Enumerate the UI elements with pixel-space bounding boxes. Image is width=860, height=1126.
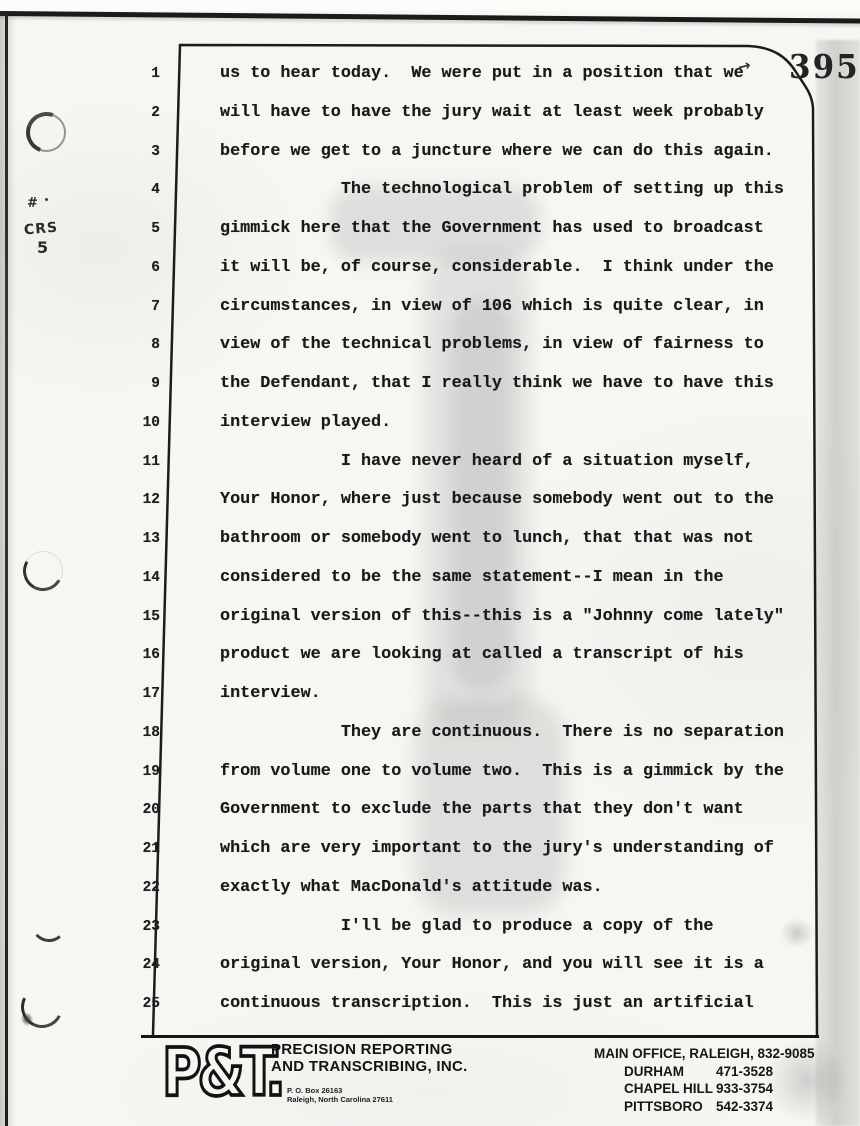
line-text: view of the technical problems, in view … <box>220 335 764 355</box>
branch-phone: 933-3754 <box>716 1080 773 1098</box>
line-number: 6 <box>128 258 160 278</box>
transcript-line: 15 original version of this--this is a "… <box>128 607 784 646</box>
transcript-line: 19 from volume one to volume two. This i… <box>128 762 784 801</box>
transcript-body: 1 us to hear today. We were put in a pos… <box>128 64 784 1033</box>
line-number: 13 <box>128 529 160 549</box>
branch-city: CHAPEL HILL <box>624 1080 716 1098</box>
line-number: 22 <box>128 878 160 898</box>
line-text: bathroom or somebody went to lunch, that… <box>220 529 754 549</box>
line-number: 4 <box>128 180 160 200</box>
company-name: PRECISION REPORTING AND TRANSCRIBING, IN… <box>271 1041 468 1075</box>
transcript-line: 18 They are continuous. There is no sepa… <box>128 723 784 762</box>
line-number: 20 <box>128 800 160 820</box>
transcript-line: 10 interview played. <box>128 413 784 452</box>
line-number: 18 <box>128 723 160 743</box>
po-box: P. O. Box 26163 <box>287 1086 393 1095</box>
line-text: the Defendant, that I really think we ha… <box>220 374 774 394</box>
line-number: 16 <box>128 645 160 665</box>
line-number: 10 <box>128 413 160 433</box>
company-name-line2: AND TRANSCRIBING, INC. <box>271 1058 468 1075</box>
transcript-line: 17 interview. <box>128 684 784 723</box>
line-number: 21 <box>128 839 160 859</box>
line-text: gimmick here that the Government has use… <box>220 219 764 239</box>
line-number: 15 <box>128 607 160 627</box>
transcript-line: 21 which are very important to the jury'… <box>128 839 784 878</box>
line-text: which are very important to the jury's u… <box>220 839 774 859</box>
margin-hash-mark: # <box>27 196 38 211</box>
transcript-line: 16 product we are looking at called a tr… <box>128 645 784 684</box>
line-text: I have never heard of a situation myself… <box>220 452 754 472</box>
line-number: 11 <box>128 452 160 472</box>
branch-office-list: DURHAM 471-3528 CHAPEL HILL 933-3754 PIT… <box>594 1063 815 1116</box>
line-text: original version of this--this is a "Joh… <box>220 607 784 627</box>
line-text: Your Honor, where just because somebody … <box>220 490 774 510</box>
transcript-line: 25 continuous transcription. This is jus… <box>128 994 784 1033</box>
transcript-line: 14 considered to be the same statement--… <box>128 568 784 607</box>
transcript-line: 22 exactly what MacDonald's attitude was… <box>128 878 784 917</box>
transcript-line: 13 bathroom or somebody went to lunch, t… <box>128 529 784 568</box>
line-text: will have to have the jury wait at least… <box>220 103 764 123</box>
transcript-line: 7 circumstances, in view of 106 which is… <box>128 297 784 336</box>
transcript-line: 5 gimmick here that the Government has u… <box>128 219 784 258</box>
margin-initials: CRS <box>23 220 58 239</box>
line-text: before we get to a juncture where we can… <box>220 142 774 162</box>
line-text: product we are looking at called a trans… <box>220 645 744 665</box>
line-number: 2 <box>128 103 160 123</box>
line-text: considered to be the same statement--I m… <box>220 568 724 588</box>
line-number: 9 <box>128 374 160 394</box>
line-number: 3 <box>128 142 160 162</box>
transcript-line: 20 Government to exclude the parts that … <box>128 800 784 839</box>
branch-office-row: CHAPEL HILL 933-3754 <box>624 1080 815 1098</box>
transcript-line: 6 it will be, of course, considerable. I… <box>128 258 784 297</box>
branch-city: PITTSBORO <box>624 1098 716 1116</box>
line-text: circumstances, in view of 106 which is q… <box>220 297 764 317</box>
line-number: 8 <box>128 335 160 355</box>
transcript-line: 12 Your Honor, where just because somebo… <box>128 490 784 529</box>
scanned-transcript-page: 3952 → # CRS 5 1 us to hear today. We we… <box>0 0 860 1126</box>
margin-number: 5 <box>37 238 48 257</box>
transcript-line: 3 before we get to a juncture where we c… <box>128 142 784 181</box>
transcript-line: 2 will have to have the jury wait at lea… <box>128 103 784 142</box>
transcript-line: 9 the Defendant, that I really think we … <box>128 374 784 413</box>
line-text: continuous transcription. This is just a… <box>220 994 754 1014</box>
city-state-zip: Raleigh, North Carolina 27611 <box>287 1095 393 1104</box>
line-text: exactly what MacDonald's attitude was. <box>220 878 603 898</box>
line-number: 12 <box>128 490 160 510</box>
line-number: 24 <box>128 955 160 975</box>
line-text: us to hear today. We were put in a posit… <box>220 64 744 84</box>
office-phone-list: MAIN OFFICE, RALEIGH, 832-9085 DURHAM 47… <box>594 1045 815 1115</box>
company-address: P. O. Box 26163 Raleigh, North Carolina … <box>287 1086 393 1104</box>
branch-office-row: DURHAM 471-3528 <box>624 1063 815 1081</box>
branch-phone: 471-3528 <box>716 1063 773 1081</box>
transcript-line: 24 original version, Your Honor, and you… <box>128 955 784 994</box>
pt-logo: P&T. <box>162 1040 282 1106</box>
line-text: The technological problem of setting up … <box>220 180 784 200</box>
line-text: original version, Your Honor, and you wi… <box>220 955 764 975</box>
line-number: 23 <box>128 917 160 937</box>
line-text: Government to exclude the parts that the… <box>220 800 744 820</box>
line-number: 5 <box>128 219 160 239</box>
line-text: interview. <box>220 684 321 704</box>
branch-office-row: PITTSBORO 542-3374 <box>624 1098 815 1116</box>
line-text: it will be, of course, considerable. I t… <box>220 258 774 278</box>
line-number: 19 <box>128 762 160 782</box>
line-number: 7 <box>128 297 160 317</box>
line-text: from volume one to volume two. This is a… <box>220 762 784 782</box>
branch-city: DURHAM <box>624 1063 716 1081</box>
line-number: 17 <box>128 684 160 704</box>
company-name-line1: PRECISION REPORTING <box>271 1041 468 1058</box>
line-text: interview played. <box>220 413 391 433</box>
transcript-line: 4 The technological problem of setting u… <box>128 180 784 219</box>
line-number: 1 <box>128 64 160 84</box>
transcript-line: 8 view of the technical problems, in vie… <box>128 335 784 374</box>
line-text: They are continuous. There is no separat… <box>220 723 784 743</box>
line-text: I'll be glad to produce a copy of the <box>220 917 713 937</box>
line-number: 14 <box>128 568 160 588</box>
transcript-line: 1 us to hear today. We were put in a pos… <box>128 64 784 103</box>
transcript-line: 11 I have never heard of a situation mys… <box>128 452 784 491</box>
page-number: 3952 <box>789 49 860 86</box>
branch-phone: 542-3374 <box>716 1098 773 1116</box>
margin-dot-mark <box>45 198 48 201</box>
hole-punch-top <box>27 113 66 152</box>
transcript-line: 23 I'll be glad to produce a copy of the <box>128 917 784 956</box>
line-number: 25 <box>128 994 160 1014</box>
main-office-line: MAIN OFFICE, RALEIGH, 832-9085 <box>594 1045 815 1063</box>
